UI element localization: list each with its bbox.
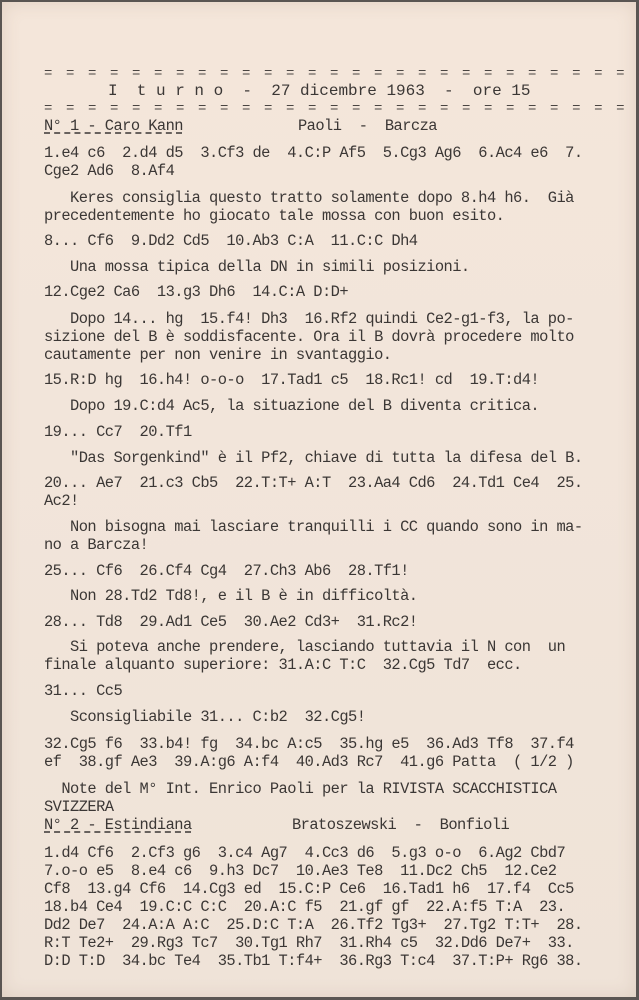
game-1-line: 8... Cf6 9.Dd2 Cd5 10.Ab3 C:A 11.C:C Dh4 [44, 232, 418, 250]
game-1-title: N° 1 - Caro Kann [44, 117, 183, 135]
game-1-line: Non bisogna mai lasciare tranquilli i CC… [44, 518, 583, 536]
game-1-line: precedentemente ho giocato tale mossa co… [44, 207, 504, 225]
game-1-line: Dopo 19.C:d4 Ac5, la situazione del B di… [44, 397, 539, 415]
game-1-line: Note del M° Int. Enrico Paoli per la RIV… [44, 780, 556, 798]
game-1-line: 32.Cg5 f6 33.b4! fg 34.bc A:c5 35.hg e5 … [44, 735, 574, 753]
game-1-line: Keres consiglia questo tratto solamente … [44, 189, 574, 207]
game-1-line: 12.Cge2 Ca6 13.g3 Dh6 14.C:A D:D+ [44, 283, 348, 301]
game-1-players: Paoli - Barcza [298, 117, 437, 135]
header-rule-top: = = = = = = = = = = = = = = = = = = = = … [44, 65, 639, 83]
game-1-line: 15.R:D hg 16.h4! o-o-o 17.Tad1 c5 18.Rc1… [44, 371, 539, 389]
game-1-line: 31... Cc5 [44, 682, 122, 700]
game-1-line: 19... Cc7 20.Tf1 [44, 423, 192, 441]
game-2-players: Bratoszewski - Bonfioli [292, 816, 509, 834]
game-2-line: 1.d4 Cf6 2.Cf3 g6 3.c4 Ag7 4.Cc3 d6 5.g3… [44, 844, 565, 862]
game-1-line: Dopo 14... hg 15.f4! Dh3 16.Rf2 quindi C… [44, 310, 574, 328]
game-1-line: 25... Cf6 26.Cf4 Cg4 27.Ch3 Ab6 28.Tf1! [44, 562, 409, 580]
game-1-line: Sconsigliabile 31... C:b2 32.Cg5! [44, 708, 365, 726]
game-1-line: Cge2 Ad6 8.Af4 [44, 162, 174, 180]
game-1-line: 28... Td8 29.Ad1 Ce5 30.Ae2 Cd3+ 31.Rc2! [44, 613, 418, 631]
header-rule-bottom: = = = = = = = = = = = = = = = = = = = = … [44, 100, 639, 118]
game-2-line: 18.b4 Ce4 19.C:C C:C 20.A:C f5 21.gf gf … [44, 898, 565, 916]
game-2-line: Cf8 13.g4 Cf6 14.Cg3 ed 15.C:P Ce6 16.Ta… [44, 880, 574, 898]
game-1-line: Una mossa tipica della DN in simili posi… [44, 258, 470, 276]
game-1-line: cautamente per non venire in svantaggio. [44, 346, 391, 364]
game-1-line: SVIZZERA [44, 798, 114, 816]
game-1-line: "Das Sorgenkind" è il Pf2, chiave di tut… [44, 449, 583, 467]
game-2-line: R:T Te2+ 29.Rg3 Tc7 30.Tg1 Rh7 31.Rh4 c5… [44, 934, 574, 952]
game-1-line: sizione del B è soddisfacente. Ora il B … [44, 328, 574, 346]
game-1-line: 20... Ae7 21.c3 Cb5 22.T:T+ A:T 23.Aa4 C… [44, 474, 583, 492]
typewritten-page: = = = = = = = = = = = = = = = = = = = = … [2, 2, 636, 997]
game-2-line: 7.o-o e5 8.e4 c6 9.h3 Dc7 10.Ae3 Te8 11.… [44, 862, 556, 880]
game-1-line: finale alquanto superiore: 31.A:C T:C 32… [44, 656, 522, 674]
game-1-line: 1.e4 c6 2.d4 d5 3.Cf3 de 4.C:P Af5 5.Cg3… [44, 144, 583, 162]
game-1-line: no a Barcza! [44, 536, 148, 554]
game-1-line: ef 38.gf Ae3 39.A:g6 A:f4 40.Ad3 Rc7 41.… [44, 753, 574, 771]
game-2-line: Dd2 De7 24.A:A A:C 25.D:C T:A 26.Tf2 Tg3… [44, 916, 583, 934]
game-2-line: D:D T:D 34.bc Te4 35.Tb1 T:f4+ 36.Rg3 T:… [44, 952, 583, 970]
game-1-line: Ac2! [44, 492, 79, 510]
round-title: I t u r n o - 27 dicembre 1963 - ore 15 [108, 82, 530, 100]
game-1-line: Si poteva anche prendere, lasciando tutt… [44, 638, 565, 656]
game-2-title: N° 2 - Estindiana [44, 816, 192, 834]
game-1-line: Non 28.Td2 Td8!, e il B è in difficoltà. [44, 587, 418, 605]
